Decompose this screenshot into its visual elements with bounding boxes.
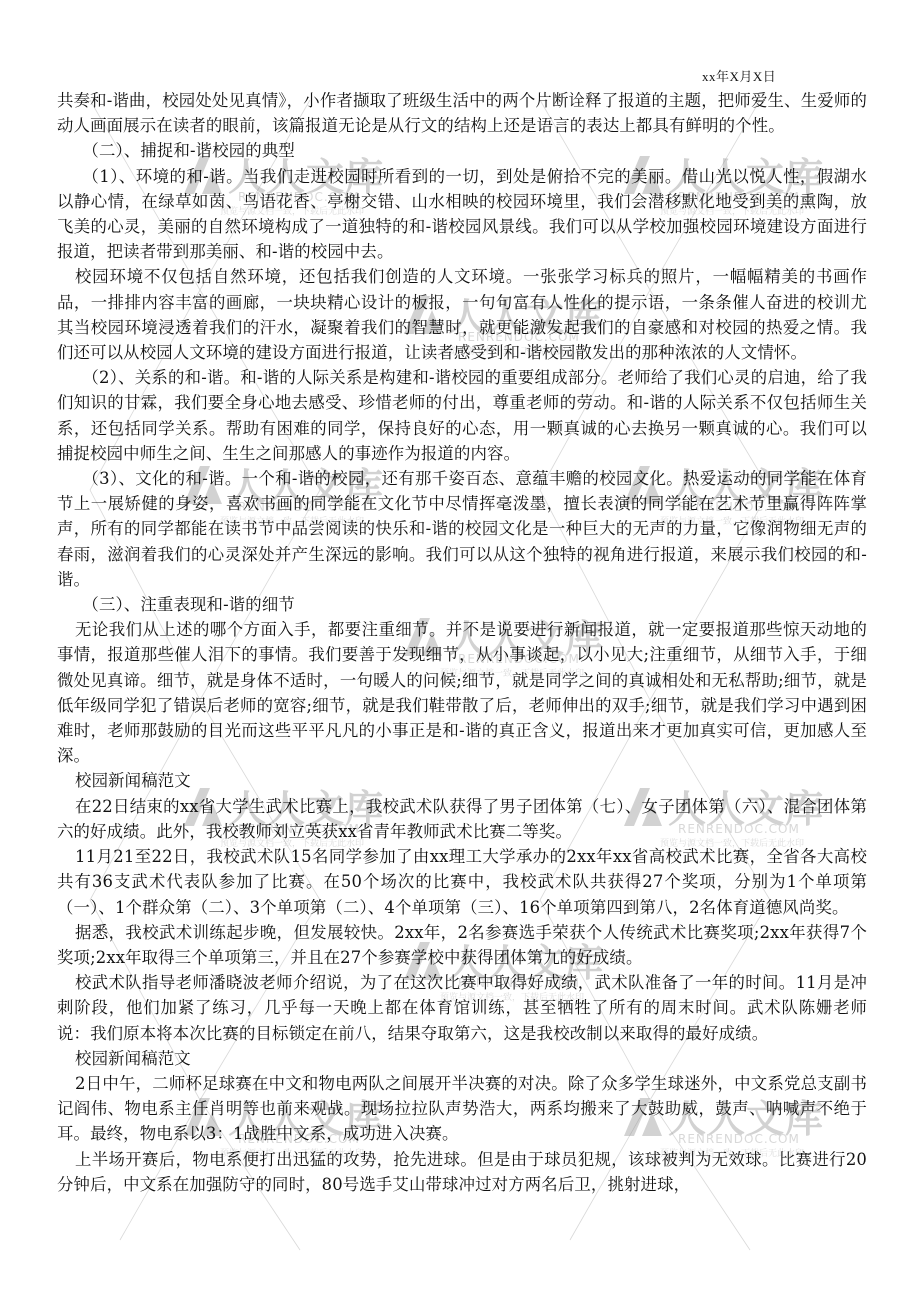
paragraph: （2）、关系的和-谐。和-谐的人际关系是构建和-谐校园的重要组成部分。老师给了我… xyxy=(57,365,867,466)
paragraph: 在22日结束的xx省大学生武术比赛上，我校武术队获得了男子团体第（七）、女子团体… xyxy=(57,794,867,844)
paragraph: 校武术队指导老师潘晓波老师介绍说，为了在这次比赛中取得好成绩，武术队准备了一年的… xyxy=(57,970,867,1046)
paragraph: 2日中午，二师杯足球赛在中文和物电两队之间展开半决赛的对决。除了众多学生球迷外，… xyxy=(57,1071,867,1147)
section-heading: （二）、捕捉和-谐校园的典型 xyxy=(57,138,867,163)
paragraph: 据悉，我校武术训练起步晚，但发展较快。2xx年，2名参赛选手荣获个人传统武术比赛… xyxy=(57,920,867,970)
paragraph: （1）、环境的和-谐。当我们走进校园时所看到的一切，到处是俯拾不完的美丽。借山光… xyxy=(57,164,867,265)
paragraph: （3）、文化的和-谐。一个和-谐的校园，还有那千姿百态、意蕴丰赡的校园文化。热爱… xyxy=(57,466,867,592)
paragraph: 11月21至22日，我校武术队15名同学参加了由xx理工大学承办的2xx年xx省… xyxy=(57,844,867,920)
section-heading: （三）、注重表现和-谐的细节 xyxy=(57,592,867,617)
article-title: 校园新闻稿范文 xyxy=(57,768,867,793)
document-body: 共奏和-谐曲，校园处处见真情》，小作者撷取了班级生活中的两个片断诠释了报道的主题… xyxy=(57,88,867,1197)
document-page: 人人文库 RENRENDOC.COM 预览与源文档一致，下载后无此水印 人人文库… xyxy=(0,0,920,1302)
header-date: xx年X月X日 xyxy=(702,66,776,85)
paragraph: 上半场开赛后，物电系便打出迅猛的攻势，抢先进球。但是由于球员犯规，该球被判为无效… xyxy=(57,1147,867,1197)
article-title: 校园新闻稿范文 xyxy=(57,1046,867,1071)
paragraph: 无论我们从上述的哪个方面入手，都要注重细节。并不是说要进行新闻报道，就一定要报道… xyxy=(57,617,867,768)
paragraph: 共奏和-谐曲，校园处处见真情》，小作者撷取了班级生活中的两个片断诠释了报道的主题… xyxy=(57,88,867,138)
paragraph: 校园环境不仅包括自然环境，还包括我们创造的人文环境。一张张学习标兵的照片，一幅幅… xyxy=(57,264,867,365)
